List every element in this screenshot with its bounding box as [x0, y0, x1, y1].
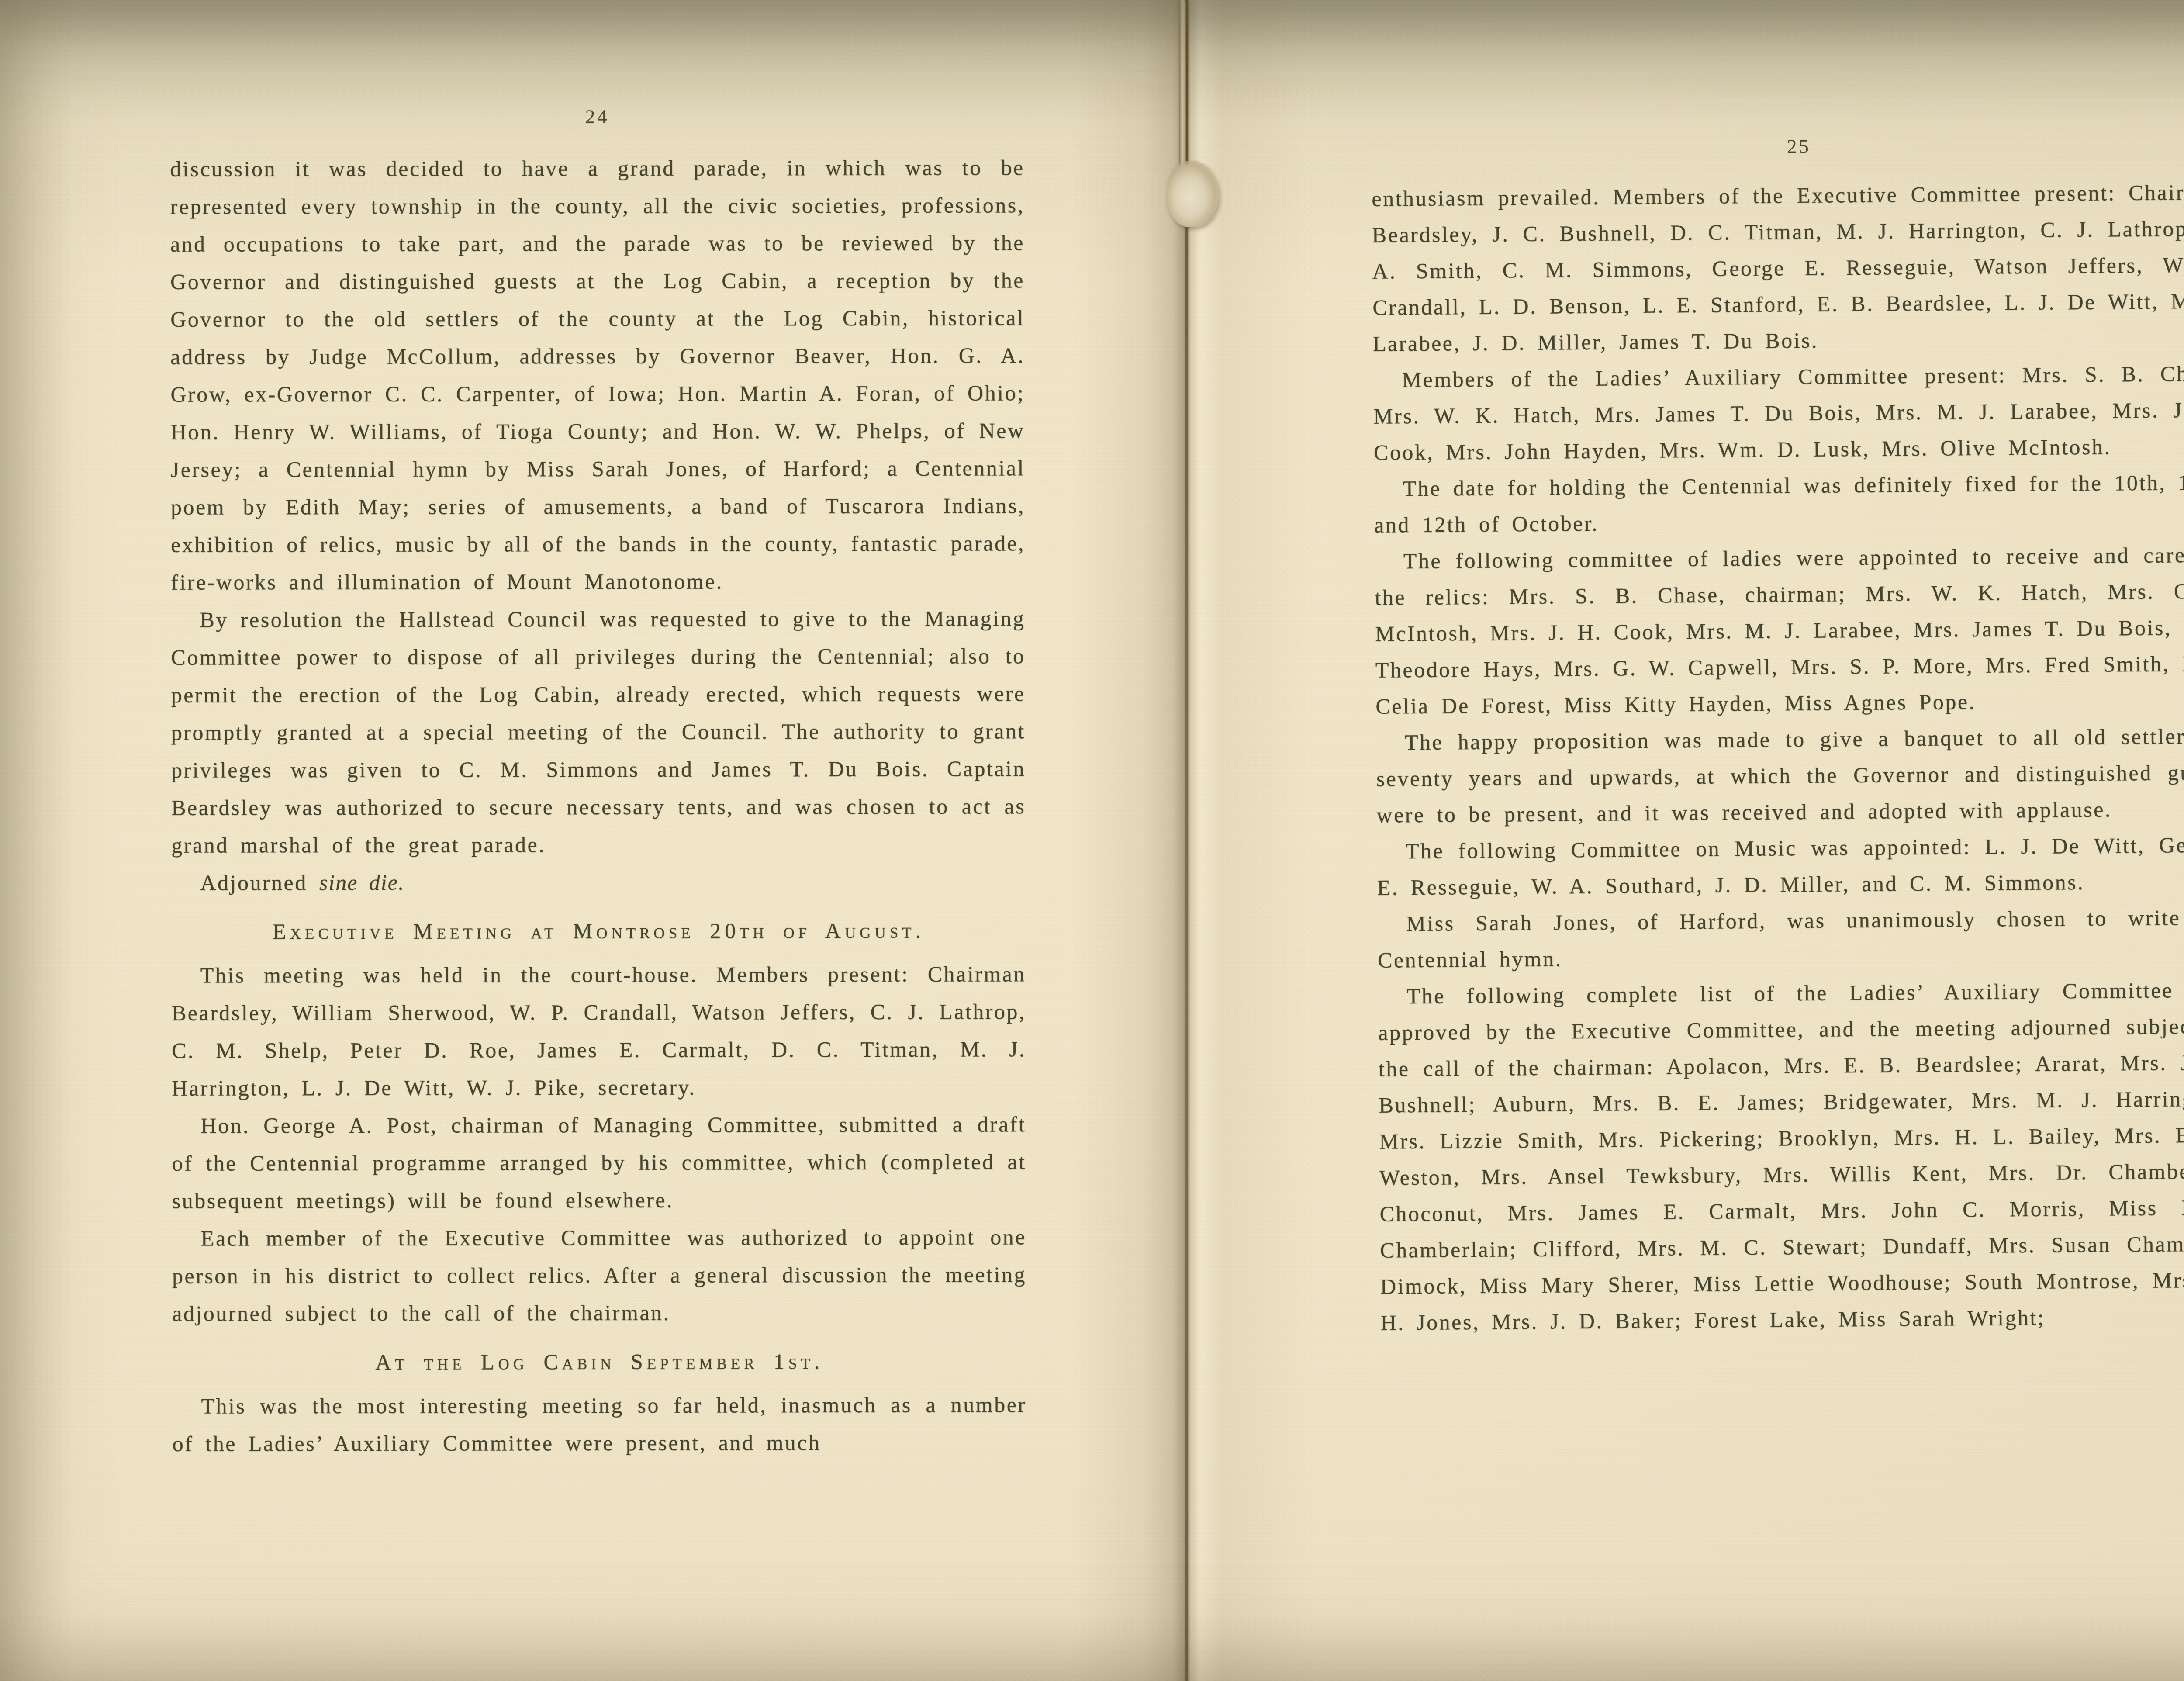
paragraph: enthusiasm prevailed. Members of the Exe…	[1372, 174, 2184, 362]
paragraph: discussion it was decided to have a gran…	[170, 149, 1025, 601]
right-page: 25 enthusiasm prevailed. Members of the …	[1371, 128, 2184, 1341]
paragraph: This was the most interesting meeting so…	[172, 1386, 1026, 1462]
paragraph: The date for holding the Centennial was …	[1374, 464, 2184, 543]
paragraph: The following complete list of the Ladie…	[1378, 972, 2184, 1341]
paragraph: Hon. George A. Post, chairman of Managin…	[172, 1105, 1026, 1219]
latin-phrase: sine die.	[319, 870, 405, 895]
paragraph: Miss Sarah Jones, of Harford, was unanim…	[1377, 899, 2184, 978]
adjournment-prefix: Adjourned	[200, 870, 319, 895]
paragraph: The following Committee on Music was app…	[1377, 827, 2184, 906]
paragraph: Each member of the Executive Committee w…	[172, 1218, 1026, 1332]
paragraph: The happy proposition was made to give a…	[1376, 718, 2184, 833]
paragraph: Members of the Ladies’ Auxiliary Committ…	[1373, 355, 2184, 470]
paragraph: By resolution the Hallstead Council was …	[171, 599, 1026, 864]
section-heading: Executive Meeting at Montrose 20th of Au…	[172, 911, 1026, 950]
adjournment-line: Adjourned sine die.	[171, 862, 1026, 901]
paragraph: The following committee of ladies were a…	[1375, 536, 2184, 724]
book-scan: 24 discussion it was decided to have a g…	[0, 0, 2184, 1681]
paragraph: This meeting was held in the court-house…	[172, 955, 1026, 1107]
page-number-right: 25	[1371, 128, 2184, 165]
gutter-shadow	[1070, 0, 1315, 1681]
binding-thread-knot	[1167, 161, 1219, 227]
left-page-body: discussion it was decided to have a gran…	[170, 149, 1026, 1462]
left-page: 24 discussion it was decided to have a g…	[170, 100, 1026, 1462]
page-number-left: 24	[170, 100, 1024, 132]
right-page-body: enthusiasm prevailed. Members of the Exe…	[1372, 174, 2184, 1341]
section-heading: At the Log Cabin September 1st.	[172, 1342, 1026, 1381]
binding-seam	[1185, 0, 1188, 1681]
